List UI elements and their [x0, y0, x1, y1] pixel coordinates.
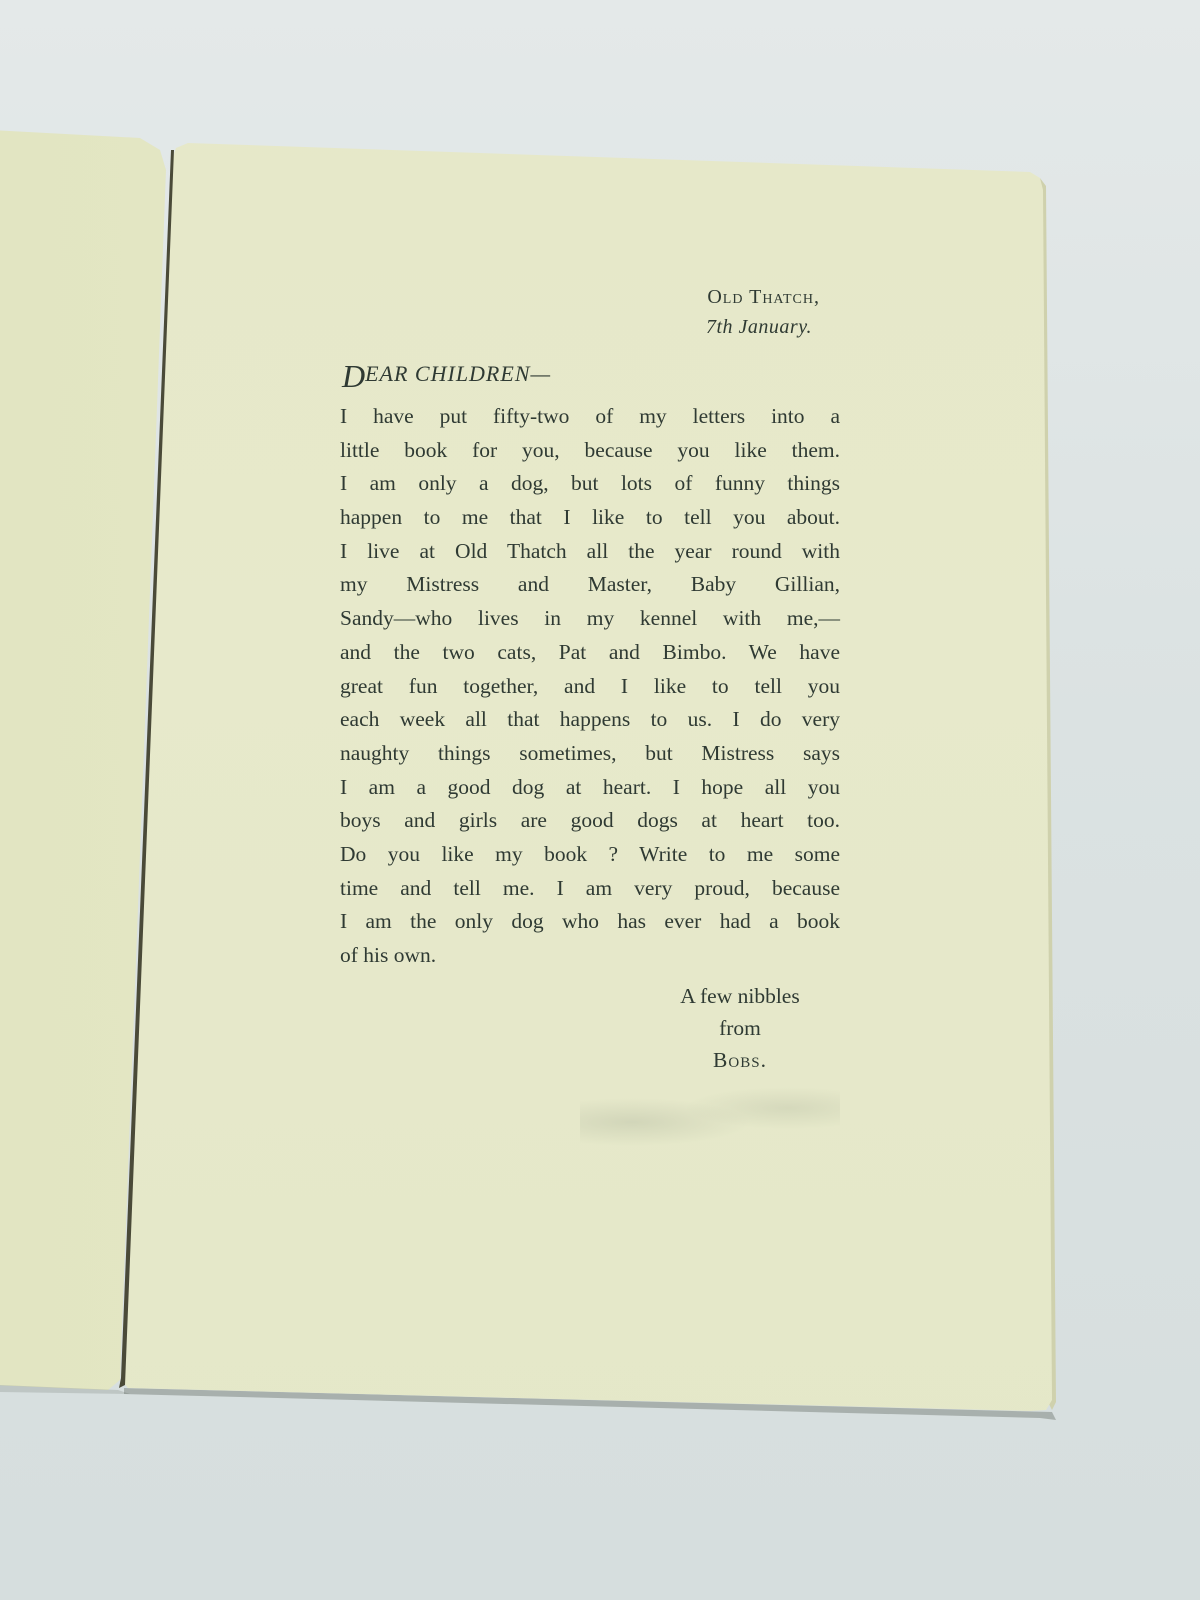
- body-line: Sandy—who lives in my kennel with me,—: [340, 602, 840, 636]
- body-line: my Mistress and Master, Baby Gillian,: [340, 568, 840, 602]
- body-line: I live at Old Thatch all the year round …: [340, 535, 840, 569]
- body-line: time and tell me. I am very proud, becau…: [340, 872, 840, 906]
- body-line: and the two cats, Pat and Bimbo. We have: [340, 636, 840, 670]
- closing-line: A few nibbles: [620, 980, 860, 1012]
- salutation: DEAR CHILDREN—: [342, 352, 551, 389]
- body-line: Do you like my book ? Write to me some: [340, 838, 840, 872]
- letter-address: Old Thatch, 7th January.: [640, 282, 820, 342]
- letter-text: Old Thatch, 7th January. DEAR CHILDREN— …: [0, 0, 1200, 1600]
- body-line: little book for you, because you like th…: [340, 434, 840, 468]
- body-line: I am only a dog, but lots of funny thing…: [340, 467, 840, 501]
- body-line: great fun together, and I like to tell y…: [340, 670, 840, 704]
- salutation-dropcap: D: [342, 358, 365, 394]
- body-line: naughty things sometimes, but Mistress s…: [340, 737, 840, 771]
- body-line: happen to me that I like to tell you abo…: [340, 501, 840, 535]
- body-line: I have put fifty-two of my letters into …: [340, 400, 840, 434]
- body-line: boys and girls are good dogs at heart to…: [340, 804, 840, 838]
- body-line: of his own.: [340, 939, 840, 973]
- body-line: each week all that happens to us. I do v…: [340, 703, 840, 737]
- closing-line: from: [620, 1012, 860, 1044]
- book-photo: Old Thatch, 7th January. DEAR CHILDREN— …: [0, 0, 1200, 1600]
- faint-stamp-mark: [580, 1080, 840, 1150]
- body-line: I am the only dog who has ever had a boo…: [340, 905, 840, 939]
- letter-closing: A few nibbles from Bobs.: [620, 980, 860, 1076]
- body-line: I am a good dog at heart. I hope all you: [340, 771, 840, 805]
- address-date: 7th January.: [640, 312, 812, 342]
- salutation-text: EAR CHILDREN—: [365, 361, 551, 386]
- letter-body: I have put fifty-two of my letters into …: [340, 400, 840, 973]
- address-place: Old Thatch,: [640, 282, 820, 312]
- signature: Bobs.: [620, 1044, 860, 1076]
